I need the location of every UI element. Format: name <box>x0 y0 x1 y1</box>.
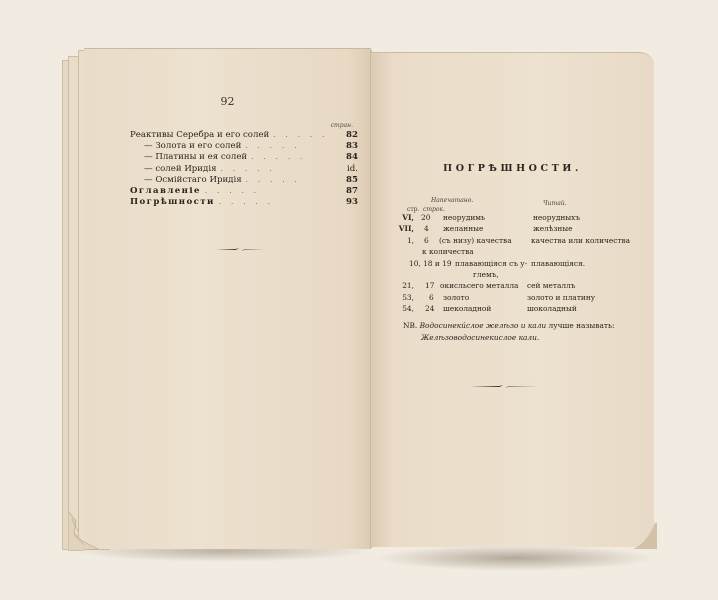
toc-row: — солей Иридія.....id. <box>130 164 358 175</box>
errata-row: VII, 4 желанные желѣзные <box>371 224 654 235</box>
toc-row: Погрѣшности.....93 <box>130 197 358 208</box>
errata-table: VI, 20 неорудимь неорудныхъ VII, 4 желан… <box>371 213 654 316</box>
errata-row: 21, 17 окисльсего металла сей металлъ <box>371 281 654 292</box>
table-of-contents: Реактивы Серебра и его солей.....82 — Зо… <box>130 130 358 208</box>
errata-row: VI, 20 неорудимь неорудныхъ <box>371 213 654 224</box>
header-line: строк. <box>423 206 445 213</box>
ornament-divider-icon <box>470 384 538 387</box>
errata-row: 1, 6 (съ низу) качества качества или кол… <box>371 236 654 247</box>
header-printed: Напечатано. <box>431 197 473 204</box>
errata-note: NB. Водосинеки́слое желѣзо и кали лучше … <box>403 321 615 330</box>
toc-row: — Платины и ея солей.....84 <box>130 152 358 163</box>
header-read: Читай. <box>543 200 567 207</box>
errata-title: ПОГРѢШНОСТИ. <box>371 163 654 174</box>
toc-row: — Золота и его солей.....83 <box>130 141 358 152</box>
column-header-pages: стран. <box>331 122 353 129</box>
left-page: 92 стран. Реактивы Серебра и его солей..… <box>84 48 371 549</box>
toc-row: Реактивы Серебра и его солей.....82 <box>130 130 358 141</box>
right-page: ПОГРѢШНОСТИ. Напечатано. Читай. стр. стр… <box>371 52 654 547</box>
ornament-divider-icon <box>216 247 264 250</box>
book-shadow-right <box>375 545 655 571</box>
torn-corner-decoration <box>68 511 108 551</box>
errata-row: 54, 24 шеколадной шоколадный <box>371 304 654 315</box>
page-number: 92 <box>84 95 371 108</box>
errata-row: 10, 18 и 19 плавающіяся съ у- плавающіяс… <box>371 259 654 270</box>
toc-row: — Осмійстаго Иридія.....85 <box>130 175 358 186</box>
errata-row-continued: к количества <box>371 247 654 258</box>
header-page: стр. <box>407 206 419 213</box>
worn-corner-decoration <box>633 523 657 549</box>
toc-row: Оглавленіе.....87 <box>130 186 358 197</box>
errata-row: 53, 6 золото золото и платину <box>371 293 654 304</box>
errata-note-line2: Желѣзоводосинекислое кали. <box>421 333 539 342</box>
errata-row-continued: глемъ, <box>371 270 654 281</box>
